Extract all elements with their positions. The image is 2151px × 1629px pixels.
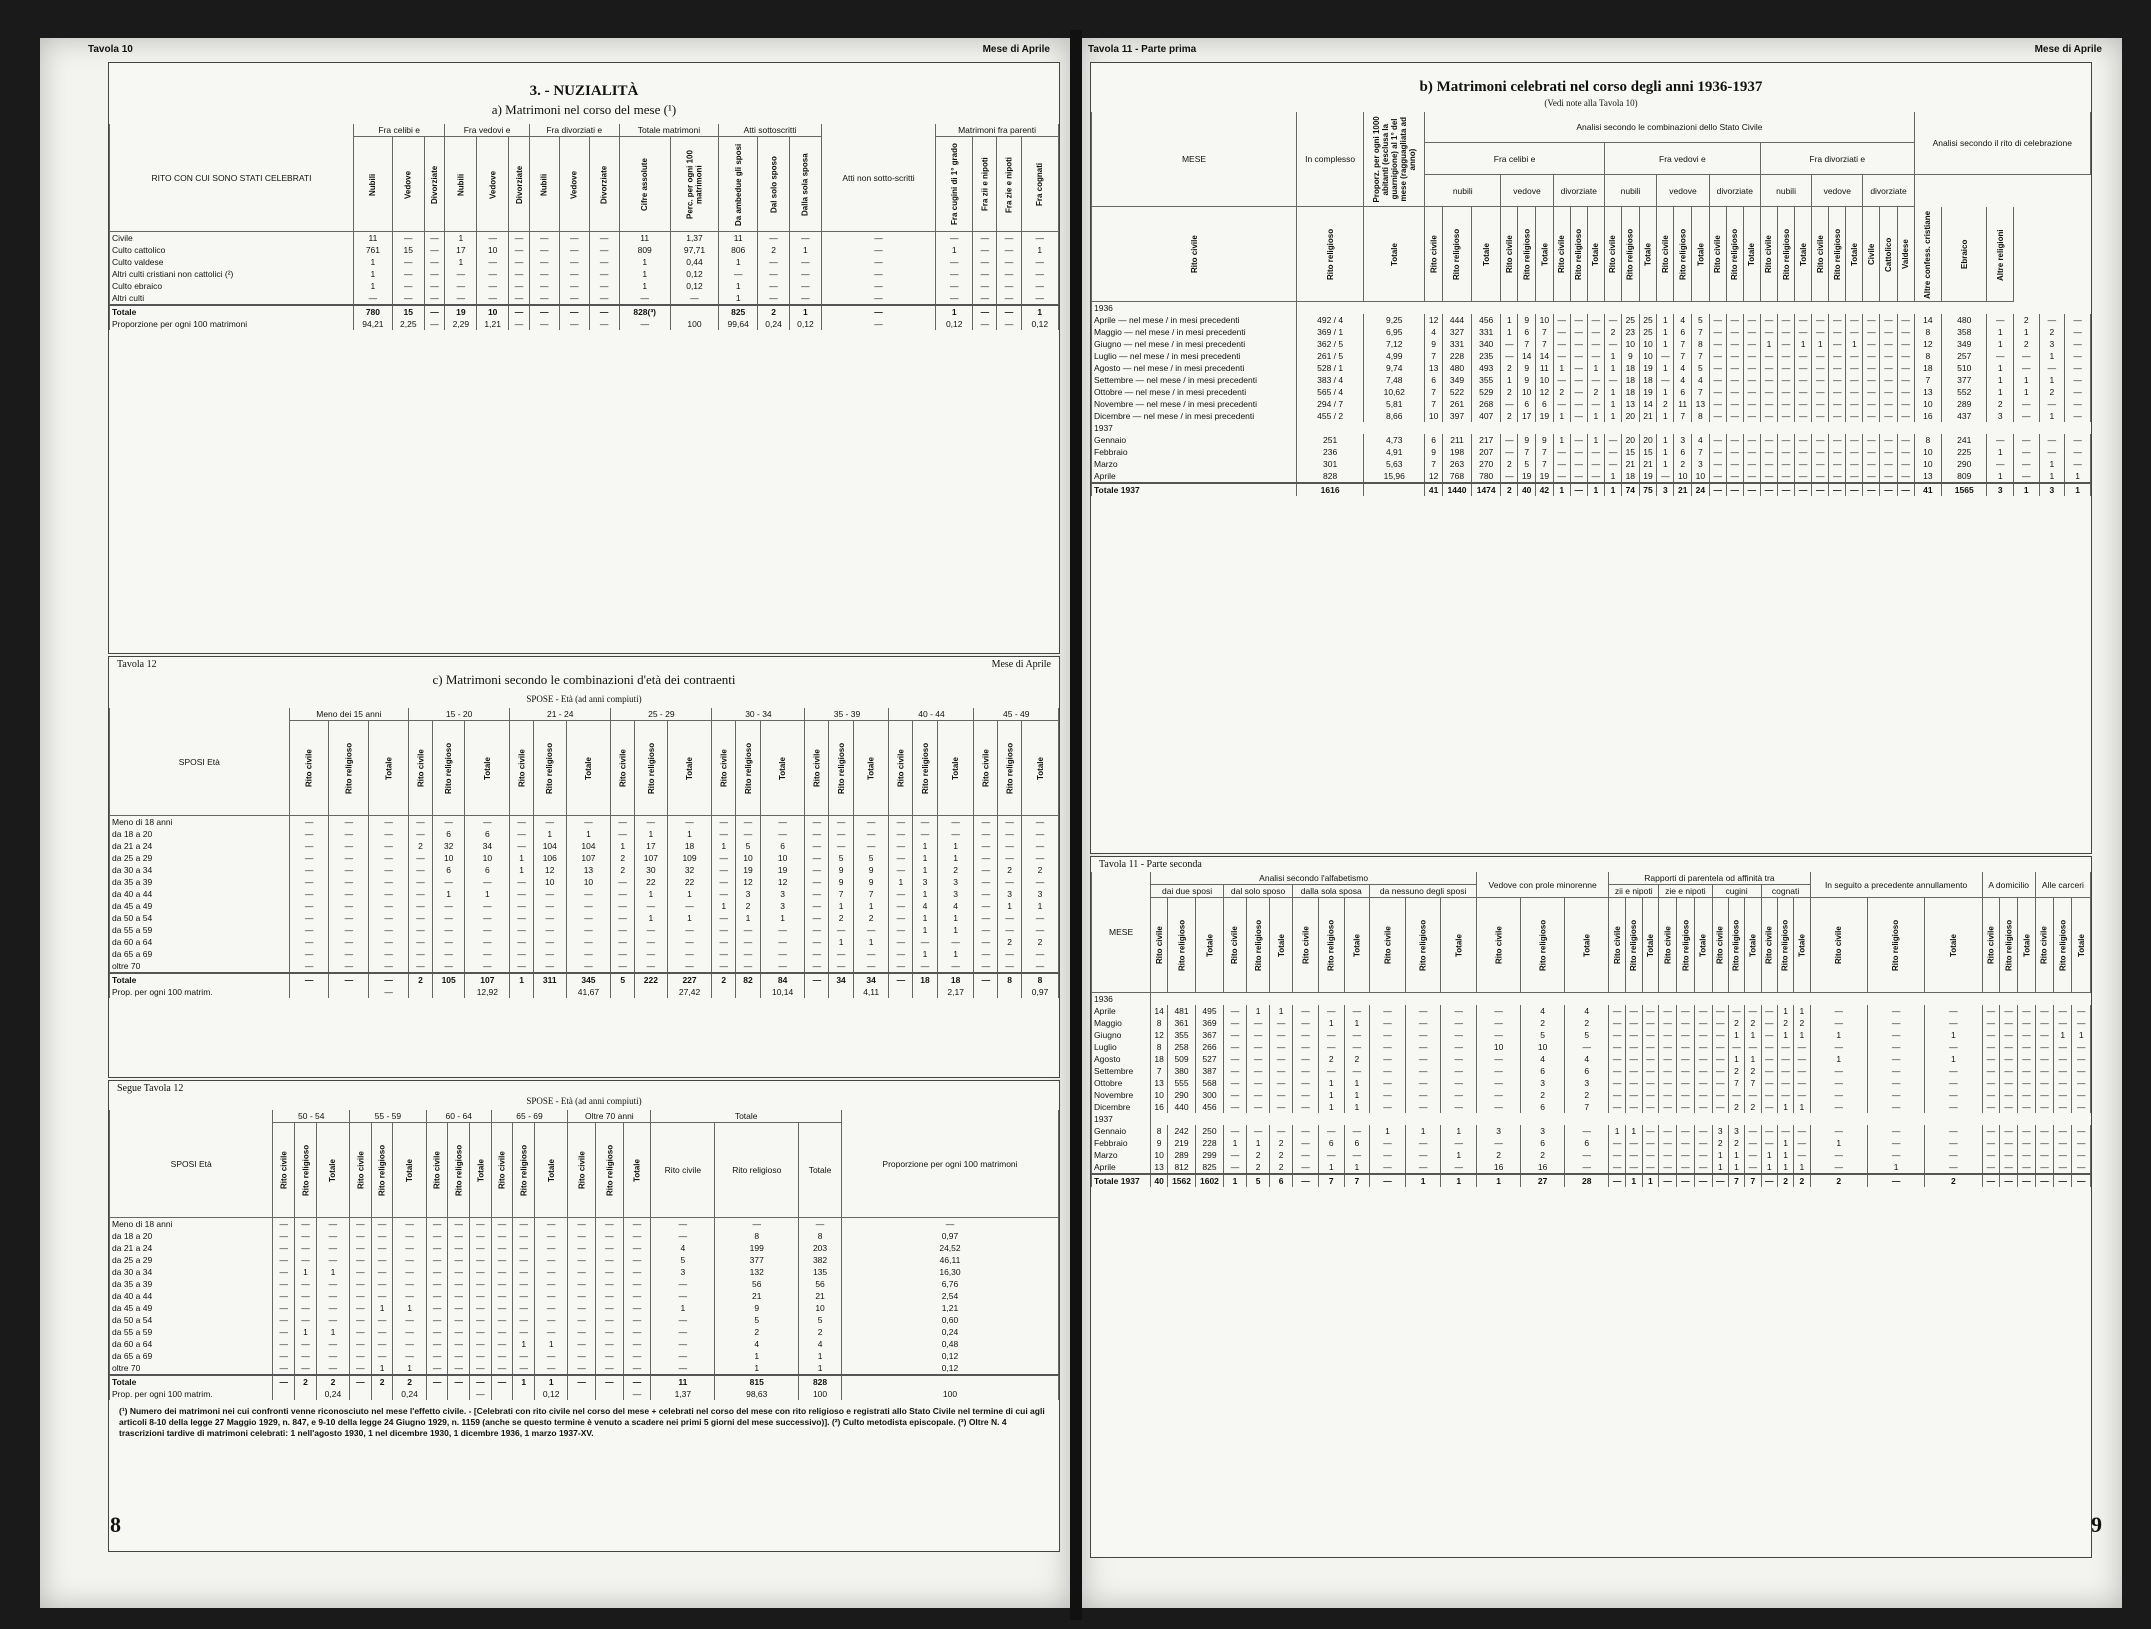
cell-value: — [329, 960, 369, 973]
cell-value: — [1726, 350, 1743, 362]
cell-value: — [316, 1254, 349, 1266]
cell-value: 10 [1536, 314, 1554, 326]
table-row: da 35 a 39————————————————56566,76 [110, 1278, 1059, 1290]
cell-value: — [369, 936, 409, 948]
cell-value: — [1795, 326, 1812, 338]
book-gutter [1070, 30, 1082, 1620]
cell-value: 0,12 [841, 1350, 1058, 1362]
column-header: Totale [1639, 207, 1657, 302]
column-header: Rito civile [1293, 898, 1319, 993]
cell-value: — [623, 1242, 651, 1254]
table-row: Meno di 18 anni——————————————————— [110, 1218, 1059, 1231]
cell-value: — [1745, 1161, 1761, 1174]
cell-value: — [651, 1278, 715, 1290]
cell-value: — [2035, 1161, 2053, 1174]
cell-value: — [1925, 1065, 1982, 1077]
cell-value: — [2000, 1053, 2018, 1065]
cell-value: 11 [1674, 398, 1692, 410]
cell-value: 552 [1942, 386, 1987, 398]
table-c-continued: SPOSI Età50 - 5455 - 5960 - 6465 - 69Olt… [109, 1110, 1059, 1400]
cell-value: — [1726, 398, 1743, 410]
cell-value: 1 [936, 244, 973, 256]
cell-value: 0,24 [758, 318, 790, 330]
cell-value: 1 [1344, 1101, 1370, 1113]
cell-value: — [1405, 1149, 1441, 1161]
cell-value: 1 [611, 840, 635, 852]
cell-value: 2 [1728, 1017, 1744, 1029]
cell-value: — [1293, 1089, 1319, 1101]
row-label: Culto valdese [110, 256, 354, 268]
cell-value: — [973, 256, 997, 268]
cell-value: 1 [712, 840, 736, 852]
cell-value: 825 [1196, 1161, 1224, 1174]
cell-value: 6 [432, 864, 465, 876]
cell-value: 1 [1318, 1077, 1344, 1089]
cell-value: — [1777, 1089, 1793, 1101]
cell-value: — [316, 1278, 349, 1290]
cell-value: 0,97 [841, 1230, 1058, 1242]
cell-value: — [2000, 1065, 2018, 1077]
cell-value: — [635, 900, 668, 912]
cell-value: 17 [635, 840, 668, 852]
cell-value: — [1501, 470, 1518, 483]
cell-value: — [667, 960, 712, 973]
cell-value: 3 [937, 876, 974, 888]
cell-value: — [491, 1362, 513, 1375]
cell-value [533, 986, 566, 998]
cell-value: — [535, 1242, 568, 1254]
column-header: Rito religioso [1318, 898, 1344, 993]
cell-value: — [426, 1230, 448, 1242]
cell-value: — [491, 1242, 513, 1254]
proportion-row: Prop. per ogni 100 matrim.0,240,24—0,12—… [110, 1388, 1059, 1400]
cell-value: 56 [799, 1278, 842, 1290]
cell-value: — [596, 1375, 624, 1388]
cell-value: — [426, 1326, 448, 1338]
cell-value: — [432, 924, 465, 936]
cell-value: — [1863, 398, 1880, 410]
cell-value: — [568, 1242, 596, 1254]
cell-value: 10 [1914, 398, 1941, 410]
cell-value: — [1810, 1065, 1867, 1077]
cell-value: 94,21 [353, 318, 392, 330]
column-header: Altre religioni [1987, 207, 2014, 302]
cell-value: 1 [1247, 1005, 1270, 1017]
column-header: Nubili [529, 137, 559, 232]
cell-value: 10 [1674, 470, 1692, 483]
page-number-left: 8 [110, 1512, 121, 1538]
cell-value: — [2072, 1161, 2091, 1174]
cell-value: 1 [1987, 338, 2014, 350]
cell-value: — [1760, 398, 1777, 410]
cell-value: — [1778, 446, 1795, 458]
row-label: Totale 1937 [1092, 483, 1297, 496]
cell-value: 7 [829, 888, 854, 900]
cell-value: 1 [1604, 362, 1621, 374]
cell-value: 301 [1297, 458, 1364, 470]
cell-value: — [295, 1338, 317, 1350]
table-a-title: a) Matrimoni nel corso del mese (¹) [109, 102, 1059, 118]
cell-value: — [611, 912, 635, 924]
cell-value: — [1987, 434, 2014, 446]
row-label: Totale 1937 [1092, 1174, 1151, 1187]
cell-value: — [936, 256, 973, 268]
cell-value: 2 [316, 1375, 349, 1388]
cell-value: 1 [1867, 1161, 1924, 1174]
row-label: da 65 a 69 [110, 948, 290, 960]
cell-value: — [758, 292, 790, 305]
column-header: divorziate [1553, 175, 1604, 207]
column-header: Rito civile [350, 1123, 372, 1218]
column-header: Totale [1364, 207, 1425, 302]
cell-value: — [889, 828, 913, 840]
cell-value: — [1709, 470, 1726, 483]
cell-value: — [1677, 1089, 1695, 1101]
cell-value: 1 [1223, 1137, 1246, 1149]
cell-value: — [1247, 1089, 1270, 1101]
cell-value: 0,12 [789, 318, 821, 330]
cell-value: 0,97 [1022, 986, 1059, 998]
cell-value: 236 [1297, 446, 1364, 458]
cell-value: — [409, 900, 433, 912]
cell-value: 19 [445, 305, 477, 318]
cell-value: 2 [1270, 1149, 1293, 1161]
row-label: Dicembre [1092, 1101, 1151, 1113]
cell-value: — [1441, 1053, 1477, 1065]
table-row: Giugno — nel mese / in mesi precedenti36… [1092, 338, 2091, 350]
cell-value: — [2065, 386, 2091, 398]
running-head-right-r: Mese di Aprile [2035, 44, 2102, 55]
cell-value: — [535, 1326, 568, 1338]
cell-value: — [1677, 1077, 1695, 1089]
cell-value: 7 [1692, 350, 1710, 362]
cell-value: — [559, 305, 589, 318]
cell-value: — [1441, 1029, 1477, 1041]
column-header: Rito religioso [2000, 898, 2018, 993]
cell-value: 199 [715, 1242, 799, 1254]
cell-value: — [1677, 1137, 1695, 1149]
row-label: Culto ebraico [110, 280, 354, 292]
row-label: 1937 [1092, 422, 1297, 434]
cell-value: — [1587, 350, 1604, 362]
cell-value: — [533, 900, 566, 912]
cell-value: — [1657, 350, 1674, 362]
cell-value: — [316, 1218, 349, 1231]
cell-value: 2 [1987, 398, 2014, 410]
cell-value: — [596, 1254, 624, 1266]
cell-value: — [1659, 1041, 1677, 1053]
column-header: Rito religioso [1442, 207, 1471, 302]
table-row: Meno di 18 anni———————————————————————— [110, 816, 1059, 829]
cell-value: 10 [1151, 1149, 1168, 1161]
cell-value: — [1863, 483, 1880, 496]
cell-value: — [1709, 410, 1726, 422]
cell-value: — [1344, 1041, 1370, 1053]
cell-value: — [477, 256, 509, 268]
cell-value: 369 / 1 [1297, 326, 1364, 338]
column-header: Totale [623, 1123, 651, 1218]
cell-value: — [1726, 483, 1743, 496]
cell-value: 1 [1846, 338, 1863, 350]
cell-value: — [1694, 1149, 1712, 1161]
cell-value: — [491, 1375, 513, 1388]
page-number-right: 9 [2091, 1512, 2102, 1538]
cell-value: 4 [799, 1338, 842, 1350]
row-label: da 18 a 20 [110, 828, 290, 840]
cell-value: — [998, 852, 1022, 864]
cell-value: 1 [295, 1326, 317, 1338]
cell-value: 1 [760, 912, 805, 924]
cell-value: 355 [1168, 1029, 1196, 1041]
cell-value: — [2013, 446, 2039, 458]
column-header: 60 - 64 [426, 1110, 491, 1123]
cell-value: — [1982, 1137, 2000, 1149]
cell-value: — [1863, 446, 1880, 458]
cell-value: 10 [465, 852, 510, 864]
cell-value: — [1897, 374, 1914, 386]
proportion-row: Prop. per ogni 100 matrim.—12,9241,6727,… [110, 986, 1059, 998]
cell-value: — [1441, 1101, 1477, 1113]
cell-value: 13 [566, 864, 611, 876]
cell-value: — [805, 828, 829, 840]
cell-value: — [1897, 410, 1914, 422]
cell-value: — [1712, 1174, 1728, 1187]
cell-value: 8 [1151, 1017, 1168, 1029]
cell-value: — [1270, 1029, 1293, 1041]
cell-value: 2 [1521, 1089, 1565, 1101]
cell-value: — [535, 1302, 568, 1314]
column-header: Fra zie e nipoti [997, 137, 1021, 232]
cell-value: — [1694, 1029, 1712, 1041]
cell-value: 250 [1196, 1125, 1224, 1137]
cell-value: 1 [853, 900, 889, 912]
cell-value: — [596, 1218, 624, 1231]
cell-value: 1 [510, 973, 534, 986]
cell-value: 7 [853, 888, 889, 900]
row-label: Altri culti [110, 292, 354, 305]
cell-value: 219 [1168, 1137, 1196, 1149]
cell-value: — [1270, 1017, 1293, 1029]
column-header: Rito religioso [1168, 898, 1196, 993]
column-header: Alle carceri [2035, 872, 2090, 898]
cell-value: 529 [1472, 386, 1501, 398]
cell-value: — [350, 1362, 372, 1375]
cell-value: — [736, 936, 761, 948]
cell-value: — [1760, 434, 1777, 446]
cell-value: 1 [1777, 1161, 1793, 1174]
cell-value: — [491, 1302, 513, 1314]
cell-value: — [1609, 1101, 1626, 1113]
cell-value: — [568, 1218, 596, 1231]
cell-value: — [393, 1218, 426, 1231]
cell-value: — [1745, 1041, 1761, 1053]
cell-value: — [409, 828, 433, 840]
cell-value: — [1867, 1029, 1924, 1041]
cell-value: 444 [1442, 314, 1471, 326]
cell-value: 14 [1518, 350, 1536, 362]
cell-value: 217 [1472, 434, 1501, 446]
cell-value: — [1318, 1041, 1344, 1053]
cell-value: — [805, 816, 829, 829]
cell-value [611, 986, 635, 998]
cell-value: — [1829, 326, 1846, 338]
cell-value: 528 / 1 [1297, 362, 1364, 374]
cell-value: 1 [1712, 1161, 1728, 1174]
cell-value: — [470, 1242, 492, 1254]
cell-value: — [1604, 314, 1621, 326]
cell-value [409, 986, 433, 998]
cell-value [329, 986, 369, 998]
cell-value: — [889, 924, 913, 936]
cell-value: — [470, 1278, 492, 1290]
cell-value: — [1982, 1017, 2000, 1029]
cell-value: — [596, 1278, 624, 1290]
cell-value: — [2035, 1005, 2053, 1017]
cell-value: 331 [1472, 326, 1501, 338]
cell-value: — [1846, 398, 1863, 410]
cell-value: — [2035, 1065, 2053, 1077]
cell-value: — [758, 268, 790, 280]
column-header: Rito civile [426, 1123, 448, 1218]
cell-value: 331 [1442, 338, 1471, 350]
cell-value: — [568, 1302, 596, 1314]
cell-value [805, 986, 829, 998]
cell-value: — [1794, 1065, 1810, 1077]
column-header: zie e nipoti [1659, 885, 1712, 898]
cell-value: 100 [841, 1388, 1058, 1400]
cell-value: 6 [1565, 1137, 1609, 1149]
cell-value: — [1812, 362, 1829, 374]
cell-value: 11 [353, 232, 392, 245]
cell-value: 9 [1518, 374, 1536, 386]
cell-value: — [1370, 1077, 1406, 1089]
column-header: Vedove [559, 137, 589, 232]
cell-value: — [1642, 1041, 1659, 1053]
cell-value: — [2065, 326, 2091, 338]
row-label: da 35 a 39 [110, 1278, 273, 1290]
table-b-subtitle: (Vedi note alla Tavola 10) [1091, 98, 2091, 108]
cell-value: 1 [635, 888, 668, 900]
column-header: Fra cugini di 1° grado [936, 137, 973, 232]
row-label: da 50 a 54 [110, 912, 290, 924]
cell-value: — [371, 1314, 393, 1326]
cell-value: 4,11 [853, 986, 889, 998]
cell-value: 1 [1318, 1089, 1344, 1101]
cell-value: — [529, 232, 559, 245]
cell-value: 7 [1692, 446, 1710, 458]
cell-value: — [1021, 280, 1058, 292]
row-label: Gennaio [1092, 1125, 1151, 1137]
cell-value: — [470, 1350, 492, 1362]
cell-value: 1 [998, 900, 1022, 912]
cell-value: 41 [1914, 483, 1941, 496]
cell-value: — [393, 1266, 426, 1278]
cell-value: 74 [1621, 483, 1639, 496]
column-header: Rito religioso [736, 721, 761, 816]
cell-value: 3 [998, 888, 1022, 900]
cell-value: 1 [1587, 483, 1604, 496]
cell-value: — [1625, 1053, 1642, 1065]
row-label: da 35 a 39 [110, 876, 290, 888]
column-header: Totale [1694, 898, 1712, 993]
cell-value: — [2072, 1017, 2091, 1029]
cell-value: 300 [1196, 1089, 1224, 1101]
cell-value: — [1223, 1029, 1246, 1041]
cell-value: 2 [998, 864, 1022, 876]
cell-value: — [1726, 386, 1743, 398]
cell-value: — [369, 924, 409, 936]
cell-value: 41 [1425, 483, 1443, 496]
cell-value: 7 [1674, 410, 1692, 422]
cell-value: 1 [1657, 326, 1674, 338]
cell-value: — [2072, 1041, 2091, 1053]
cell-value: 18 [1151, 1053, 1168, 1065]
cell-value: 369 [1196, 1017, 1224, 1029]
total-row: Totale———21051071311345522222728284—3434… [110, 973, 1059, 986]
cell-value: — [589, 280, 619, 292]
cell-value: — [1829, 374, 1846, 386]
cell-value: — [623, 1218, 651, 1231]
cell-value: 18 [913, 973, 938, 986]
cell-value: — [789, 256, 821, 268]
column-header: Rito civile [2035, 898, 2053, 993]
cell-value: — [712, 864, 736, 876]
cell-value: 1 [2039, 470, 2065, 483]
cell-value: 16 [1151, 1101, 1168, 1113]
cell-value: — [974, 924, 998, 936]
cell-value: — [1712, 1017, 1728, 1029]
row-label: Luglio [1092, 1041, 1151, 1053]
cell-value: — [371, 1350, 393, 1362]
cell-value: 1 [715, 1362, 799, 1375]
cell-value: — [350, 1230, 372, 1242]
cell-value: — [1810, 1125, 1867, 1137]
cell-value: 828(³) [619, 305, 670, 318]
table-b-title: b) Matrimoni celebrati nel corso degli a… [1091, 79, 2091, 96]
cell-value: — [1405, 1065, 1441, 1077]
cell-value: — [889, 900, 913, 912]
cell-value: — [1982, 1053, 2000, 1065]
cell-value: 6 [1521, 1137, 1565, 1149]
cell-value: — [712, 948, 736, 960]
cell-value: — [635, 816, 668, 829]
cell-value: 46,11 [841, 1254, 1058, 1266]
cell-value: — [1795, 362, 1812, 374]
column-header: cugini [1712, 885, 1761, 898]
cell-value: — [1897, 338, 1914, 350]
cell-value: — [510, 924, 534, 936]
cell-value: — [392, 292, 424, 305]
cell-value: — [465, 912, 510, 924]
cell-value: — [760, 828, 805, 840]
cell-value: — [1022, 960, 1059, 973]
cell-value: 10 [1521, 1041, 1565, 1053]
cell-value: — [529, 292, 559, 305]
cell-value: 42 [1536, 483, 1554, 496]
cell-value: — [1625, 1101, 1642, 1113]
cell-value: — [2018, 1077, 2036, 1089]
cell-value: — [1570, 374, 1587, 386]
column-header: Totale [1745, 898, 1761, 993]
cell-value: — [1778, 434, 1795, 446]
table-row: Ottobre — nel mese / in mesi precedenti5… [1092, 386, 2091, 398]
cell-value: 10 [1477, 1041, 1521, 1053]
cell-value: 20 [1621, 434, 1639, 446]
cell-value: — [392, 280, 424, 292]
cell-value: — [350, 1350, 372, 1362]
cell-value: 14 [1536, 350, 1554, 362]
column-header: Valdese [1897, 207, 1914, 302]
